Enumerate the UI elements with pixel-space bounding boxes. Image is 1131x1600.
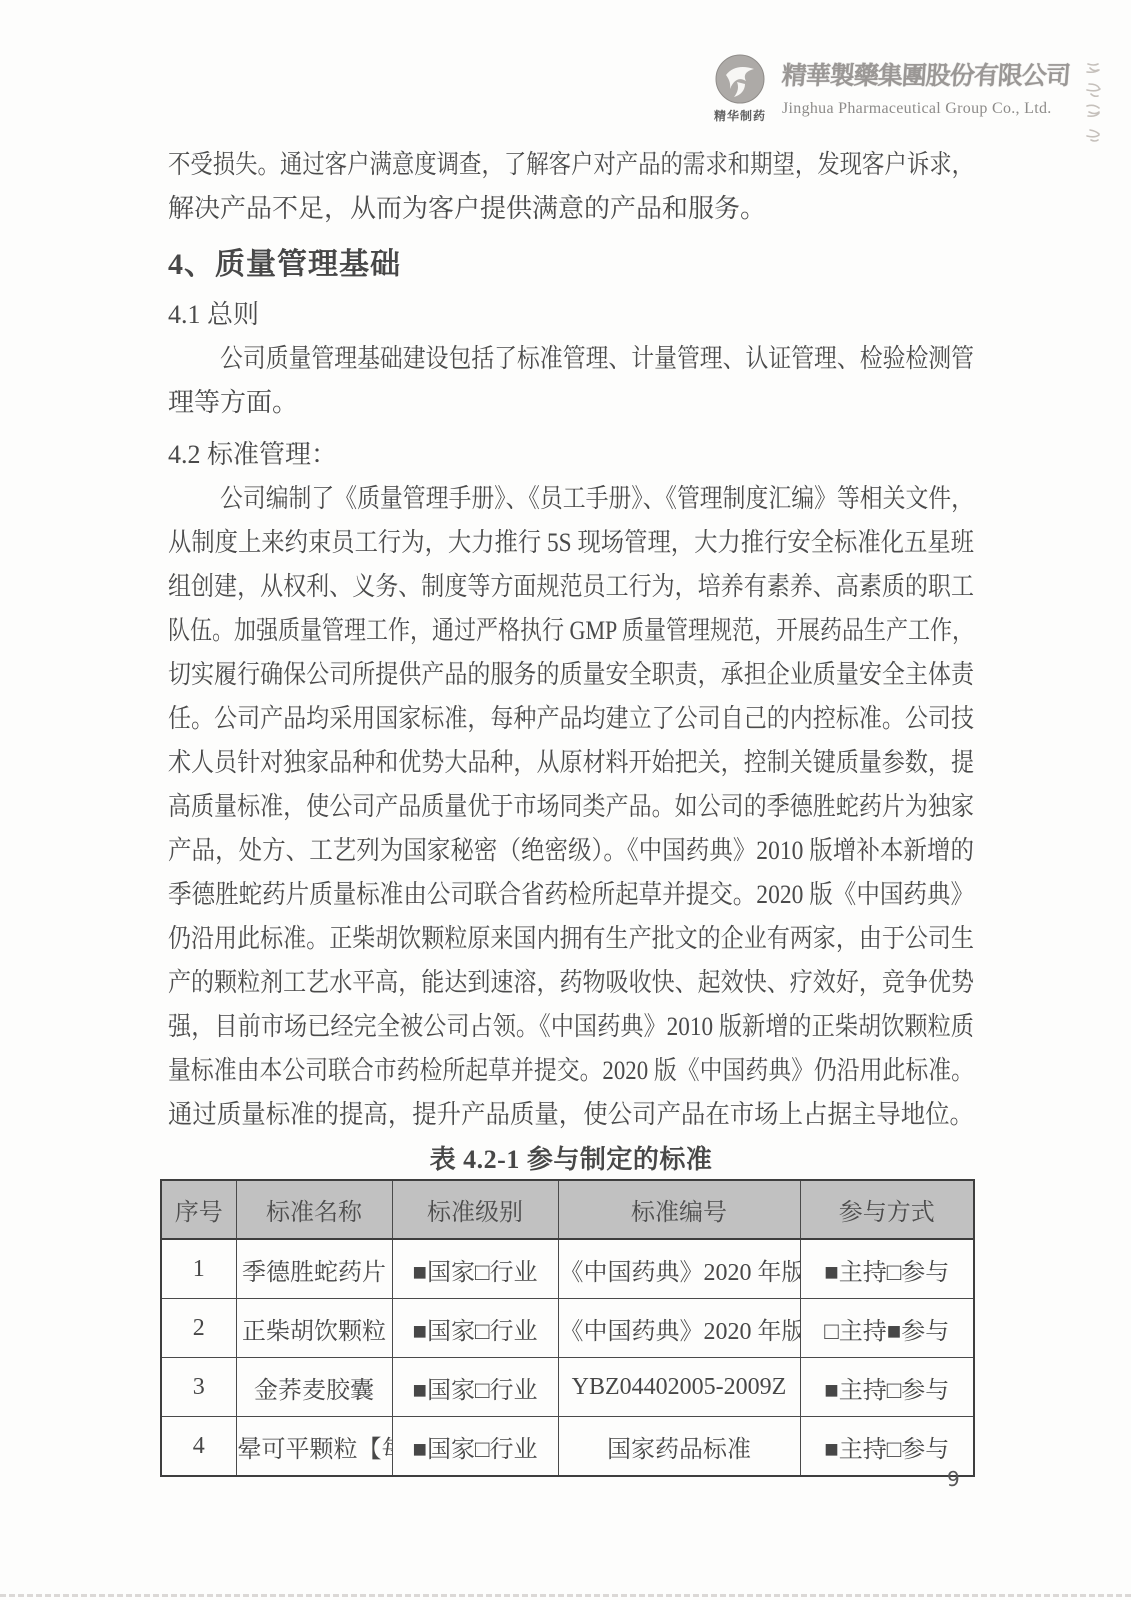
cell-standard-name: 金荞麦胶囊 (236, 1358, 392, 1417)
text-line: 公司质量管理基础建设包括了标准管理、计量管理、认证管理、检验检测管 (168, 337, 974, 381)
col-header-standard-level: 标准级别 (392, 1180, 558, 1239)
document-page: 精华制药 精華製藥集團股份有限公司 Jinghua Pharmaceutical… (0, 0, 1131, 1600)
logo-caption: 精华制药 (712, 107, 768, 124)
text-line: 仍沿用此标准。正柴胡饮颗粒原来国内拥有生产批文的企业有两家，由于公司生 (168, 917, 974, 961)
cell-index: 3 (161, 1358, 236, 1417)
cell-participation: ■主持□参与 (800, 1358, 974, 1417)
intro-paragraph: 不受损失。通过客户满意度调查，了解客户对产品的需求和期望，发现客户诉求，解决产品… (168, 143, 974, 231)
text-line: 量标准由本公司联合市药检所起草并提交。2020 版《中国药典》仍沿用此标准。 (168, 1049, 974, 1093)
table-row: 4 晕可平颗粒【每 ■国家□行业 国家药品标准 ■主持□参与 (161, 1417, 974, 1477)
table-row: 2 正柴胡饮颗粒 ■国家□行业 《中国药典》2020 年版 □主持■参与 (161, 1299, 974, 1358)
table-header-row: 序号 标准名称 标准级别 标准编号 参与方式 (161, 1180, 974, 1239)
document-body: 不受损失。通过客户满意度调查，了解客户对产品的需求和期望，发现客户诉求，解决产品… (168, 143, 974, 1477)
cell-index: 4 (161, 1417, 236, 1477)
company-name-zh: 精華製藥集團股份有限公司 (781, 56, 1072, 92)
subsection-4-2-paragraph: 公司编制了《质量管理手册》、《员工手册》、《管理制度汇编》等相关文件，从制度上来… (168, 477, 974, 1137)
text-line: 公司编制了《质量管理手册》、《员工手册》、《管理制度汇编》等相关文件， (168, 477, 974, 521)
cell-standard-number: YBZ04402005-2009Z (558, 1358, 800, 1417)
text-line: 队伍。加强质量管理工作，通过严格执行 GMP 质量管理规范，开展药品生产工作， (168, 609, 974, 653)
subsection-4-1-heading: 4.1 总则 (168, 293, 974, 337)
cell-standard-number: 《中国药典》2020 年版 (558, 1239, 800, 1299)
table-row: 1 季德胜蛇药片 ■国家□行业 《中国药典》2020 年版 ■主持□参与 (161, 1239, 974, 1299)
handwritten-annotation-icon (1082, 58, 1104, 146)
scan-edge-artifact (0, 1594, 1131, 1597)
text-line: 高质量标准，使公司产品质量优于市场同类产品。如公司的季德胜蛇药片为独家 (168, 785, 974, 829)
table-caption: 表 4.2-1 参与制定的标准 (168, 1141, 974, 1179)
col-header-standard-number: 标准编号 (558, 1180, 800, 1239)
text-line: 任。公司产品均采用国家标准，每种产品均建立了公司自己的内控标准。公司技 (168, 697, 974, 741)
cell-index: 1 (161, 1239, 236, 1299)
bird-logo-icon (715, 54, 765, 104)
text-line: 理等方面。 (168, 381, 974, 425)
text-line: 产的颗粒剂工艺水平高，能达到速溶，药物吸收快、起效快、疗效好，竞争优势 (168, 961, 974, 1005)
text-line: 解决产品不足，从而为客户提供满意的产品和服务。 (168, 187, 974, 231)
cell-standard-level: ■国家□行业 (392, 1299, 558, 1358)
text-line: 术人员针对独家品种和优势大品种，从原材料开始把关，控制关键质量参数，提 (168, 741, 974, 785)
cell-standard-number: 国家药品标准 (558, 1417, 800, 1477)
cell-standard-number: 《中国药典》2020 年版 (558, 1299, 800, 1358)
cell-index: 2 (161, 1299, 236, 1358)
company-letterhead: 精华制药 精華製藥集團股份有限公司 Jinghua Pharmaceutical… (712, 54, 1104, 146)
table-row: 3 金荞麦胶囊 ■国家□行业 YBZ04402005-2009Z ■主持□参与 (161, 1358, 974, 1417)
cell-standard-name: 晕可平颗粒【每 (236, 1417, 392, 1477)
company-names: 精華製藥集團股份有限公司 Jinghua Pharmaceutical Grou… (782, 54, 1070, 118)
text-line: 不受损失。通过客户满意度调查，了解客户对产品的需求和期望，发现客户诉求， (168, 143, 974, 187)
cell-standard-level: ■国家□行业 (392, 1358, 558, 1417)
text-line: 从制度上来约束员工行为，大力推行 5S 现场管理，大力推行安全标准化五星班 (168, 521, 974, 565)
text-line: 切实履行确保公司所提供产品的服务的质量安全职责，承担企业质量安全主体责 (168, 653, 974, 697)
standards-table: 序号 标准名称 标准级别 标准编号 参与方式 1 季德胜蛇药片 ■国家□行业 《… (160, 1179, 975, 1477)
text-line: 强，目前市场已经完全被公司占领。《中国药典》2010 版新增的正柴胡饮颗粒质 (168, 1005, 974, 1049)
text-line: 通过质量标准的提高，提升产品质量，使公司产品在市场上占据主导地位。 (168, 1093, 974, 1137)
page-number: 9 (947, 1467, 960, 1491)
company-logo: 精华制药 (712, 54, 768, 124)
company-name-en: Jinghua Pharmaceutical Group Co., Ltd. (782, 100, 1070, 118)
col-header-participation: 参与方式 (800, 1180, 974, 1239)
cell-standard-name: 正柴胡饮颗粒 (236, 1299, 392, 1358)
cell-standard-level: ■国家□行业 (392, 1417, 558, 1477)
subsection-4-1-paragraph: 公司质量管理基础建设包括了标准管理、计量管理、认证管理、检验检测管理等方面。 (168, 337, 974, 425)
section-4-heading: 4、质量管理基础 (168, 245, 974, 285)
text-line: 产品，处方、工艺列为国家秘密（绝密级）。《中国药典》2010 版增补本新增的 (168, 829, 974, 873)
text-line: 组创建，从权利、义务、制度等方面规范员工行为，培养有素养、高素质的职工 (168, 565, 974, 609)
cell-participation: ■主持□参与 (800, 1239, 974, 1299)
cell-standard-name: 季德胜蛇药片 (236, 1239, 392, 1299)
subsection-4-2-heading: 4.2 标准管理： (168, 433, 974, 477)
cell-participation: □主持■参与 (800, 1299, 974, 1358)
col-header-index: 序号 (161, 1180, 236, 1239)
text-line: 季德胜蛇药片质量标准由公司联合省药检所起草并提交。2020 版《中国药典》 (168, 873, 974, 917)
cell-standard-level: ■国家□行业 (392, 1239, 558, 1299)
col-header-standard-name: 标准名称 (236, 1180, 392, 1239)
